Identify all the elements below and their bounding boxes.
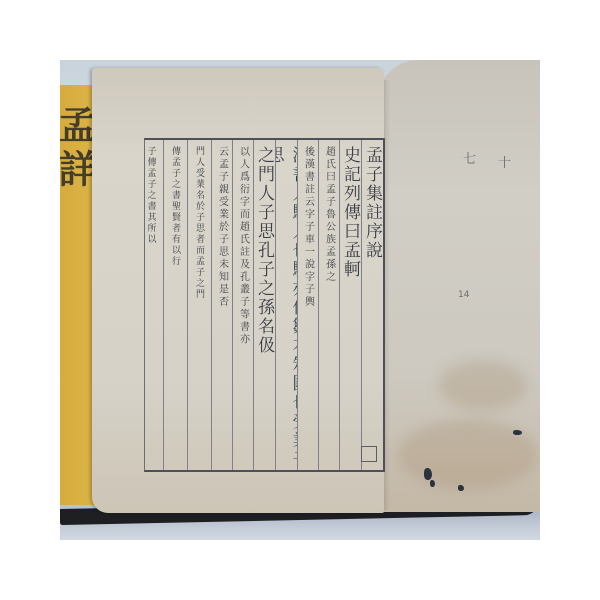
print-frame: 孟子集註序說 史記列傳曰孟軻 趙氏曰孟子魯公族孟孫之 後漢書註云字子車一說字子輿… bbox=[144, 138, 385, 472]
book-photo: 孟詳 七 十 14 孟子集註序說 史記列傳曰孟軻 趙氏曰孟子魯公族孟孫之 後漢書… bbox=[60, 60, 540, 540]
seal-box bbox=[361, 446, 377, 462]
heading-column: 孟子集註序說 bbox=[361, 140, 383, 470]
text-column: 云孟子親受業於子思未知是否 bbox=[211, 140, 232, 470]
text-column: 之門人子思孔子之孫名伋 bbox=[253, 140, 275, 470]
left-page: 孟子集註序說 史記列傳曰孟軻 趙氏曰孟子魯公族孟孫之 後漢書註云字子車一說字子輿… bbox=[92, 68, 384, 513]
ink-spot bbox=[458, 485, 464, 491]
ink-spot bbox=[424, 468, 432, 480]
text-columns: 孟子集註序說 史記列傳曰孟軻 趙氏曰孟子魯公族孟孫之 後漢書註云字子車一說字子輿… bbox=[145, 140, 383, 470]
text-column: 後漢書註云字子車一說字子輿 bbox=[297, 140, 318, 470]
text-column: 以人爲衍字而趙氏註及孔叢子等書亦 bbox=[232, 140, 253, 470]
text-column: 門人受業名於子思者而孟子之門 bbox=[187, 140, 211, 470]
ink-spot bbox=[513, 430, 522, 435]
text-column: 子傳孟子之書其所以 bbox=[139, 140, 163, 470]
text-column: 趙氏曰孟子魯公族孟孫之 bbox=[318, 140, 339, 470]
pencil-mark: 14 bbox=[458, 290, 469, 300]
right-page: 七 十 14 bbox=[378, 60, 540, 512]
pencil-mark: 七 bbox=[463, 148, 476, 167]
pencil-mark: 十 bbox=[498, 152, 511, 171]
text-column: 漢書人騶人也騶亦作鄒本邾國也受業子思 bbox=[275, 140, 297, 470]
text-column: 傳孟子之書聖賢者有以行 bbox=[163, 140, 187, 470]
water-stain bbox=[438, 360, 528, 410]
text-column: 史記列傳曰孟軻 bbox=[339, 140, 361, 470]
ink-spot bbox=[430, 480, 435, 487]
